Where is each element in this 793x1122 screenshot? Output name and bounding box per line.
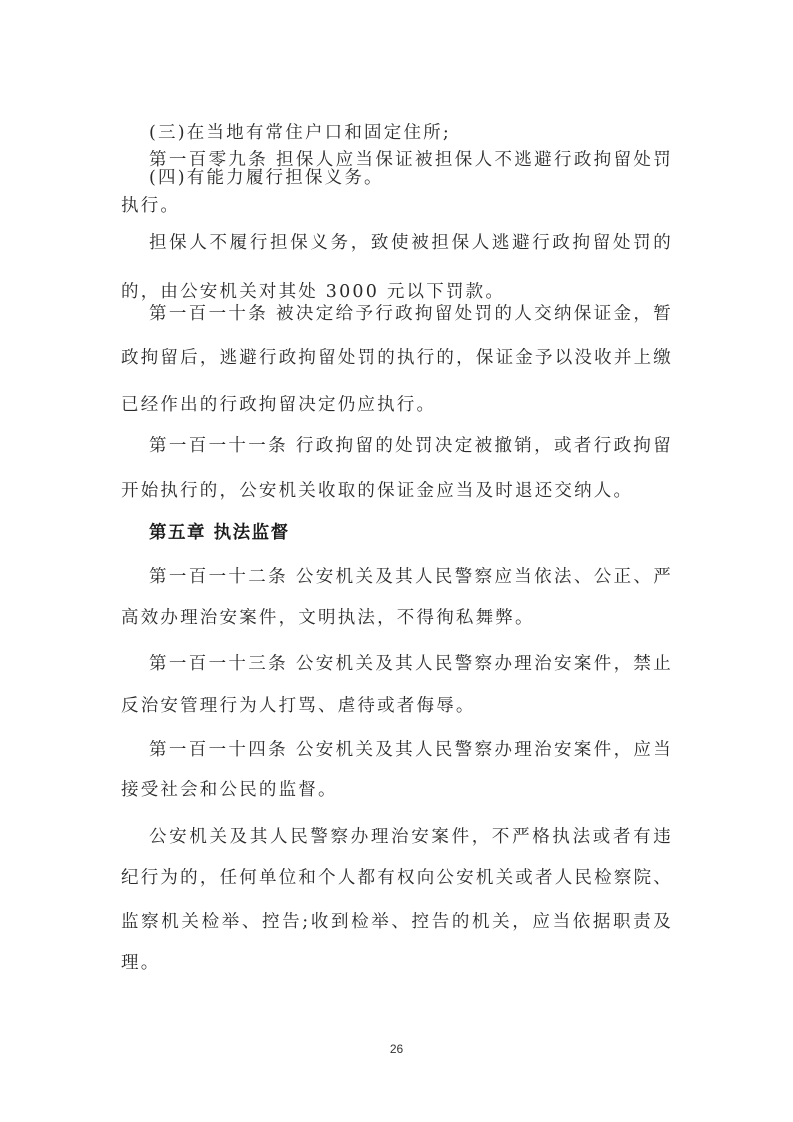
- text-line: 开始执行的，公安机关收取的保证金应当及时退还交纳人。: [121, 480, 673, 502]
- page-number: 26: [0, 1042, 793, 1056]
- text-line: 反治安管理行为人打骂、虐待或者侮辱。: [121, 695, 673, 717]
- text-line: 监察机关检举、控告;收到检举、控告的机关，应当依据职责及时处: [121, 911, 673, 933]
- text-line: 理。: [121, 952, 673, 974]
- chapter-heading: 第五章 执法监督: [149, 522, 673, 544]
- text-line: 接受社会和公民的监督。: [121, 779, 673, 801]
- text-line: 第一百一十四条 公安机关及其人民警察办理治安案件，应当自觉: [149, 739, 673, 761]
- text-line: 第一百一十三条 公安机关及其人民警察办理治安案件，禁止对违: [149, 653, 673, 675]
- text-line: 第一百零九条 担保人应当保证被担保人不逃避行政拘留处罚的: [149, 149, 673, 171]
- text-line: 高效办理治安案件，文明执法，不得徇私舞弊。: [121, 607, 673, 629]
- text-line: 担保人不履行担保义务，致使被担保人逃避行政拘留处罚的执行: [149, 232, 673, 254]
- text-line: 纪行为的，任何单位和个人都有权向公安机关或者人民检察院、行政: [121, 867, 673, 889]
- text-line: 政拘留后，逃避行政拘留处罚的执行的，保证金予以没收并上缴国库，: [121, 347, 673, 369]
- text-line: 第一百一十条 被决定给予行政拘留处罚的人交纳保证金，暂缓行: [149, 303, 673, 325]
- text-line: 第一百一十一条 行政拘留的处罚决定被撤销，或者行政拘留处罚: [149, 435, 673, 457]
- text-line: 执行。: [121, 195, 673, 217]
- text-line: (三)在当地有常住户口和固定住所;: [149, 122, 673, 144]
- text-line: 公安机关及其人民警察办理治安案件，不严格执法或者有违法违: [149, 826, 673, 848]
- text-line: 第一百一十二条 公安机关及其人民警察应当依法、公正、严格、: [149, 566, 673, 588]
- text-line: 已经作出的行政拘留决定仍应执行。: [121, 394, 673, 416]
- text-line: 的，由公安机关对其处 3000 元以下罚款。: [121, 281, 673, 303]
